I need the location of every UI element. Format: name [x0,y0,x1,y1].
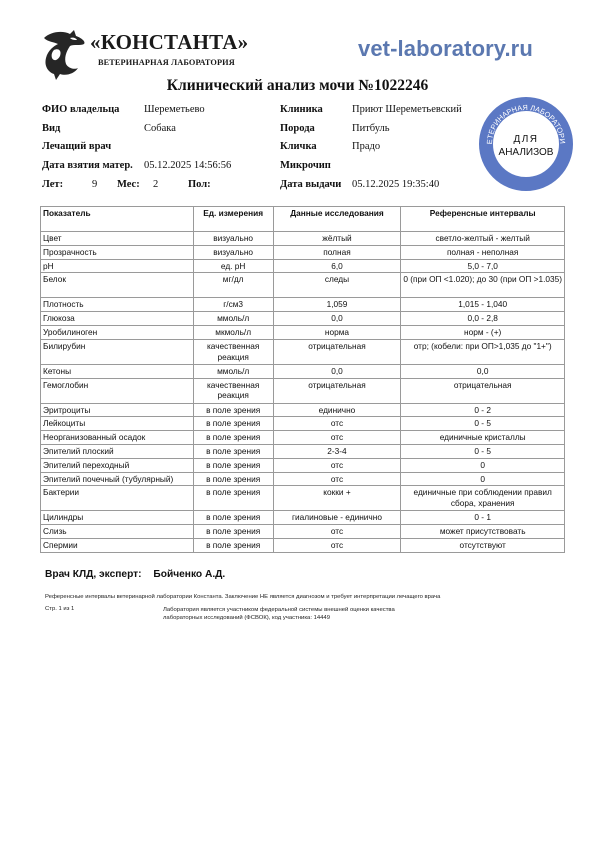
brand-name: «КОНСТАНТА» [90,30,248,55]
svg-text:ДЛЯ: ДЛЯ [513,134,538,145]
table-row: Бактериив поле зрениякокки +единичные пр… [41,486,565,511]
parameter-cell: Плотность [41,298,194,312]
header-parameter: Показатель [41,207,194,232]
unit-cell: в поле зрения [193,486,273,511]
unit-cell: в поле зрения [193,417,273,431]
reference-cell: 0 - 5 [401,417,565,431]
reference-cell: полная - неполная [401,245,565,259]
patient-info-right: Клиника Приют Шереметьевский Порода Питб… [280,104,480,194]
fsvok-note: Лаборатория является участником федераль… [163,606,395,622]
reference-cell: 0,0 - 2,8 [401,312,565,326]
clinic-label: Клиника [280,104,323,115]
parameter-cell: Цвет [41,232,194,246]
reference-cell: единичные кристаллы [401,431,565,445]
table-row: Цилиндрыв поле зрениягиалиновые - единич… [41,511,565,525]
table-row: Эпителий почечный (тубулярный)в поле зре… [41,472,565,486]
brand-subtitle: ВЕТЕРИНАРНАЯ ЛАБОРАТОРИЯ [98,58,235,67]
clinic-value: Приют Шереметьевский [352,104,462,115]
unit-cell: в поле зрения [193,511,273,525]
header-unit: Ед. измерения [193,207,273,232]
reference-cell: 0 - 1 [401,511,565,525]
parameter-cell: Билирубин [41,339,194,364]
pet-name-label: Кличка [280,141,317,152]
document-title: Клинический анализ мочи №1022246 [0,77,595,95]
result-cell: полная [273,245,401,259]
breed-value: Питбуль [352,123,390,134]
page-number: Стр. 1 из 1 [45,606,74,612]
reference-cell: отр; (кобели: при ОП>1,035 до "1+") [401,339,565,364]
unit-cell: в поле зрения [193,525,273,539]
pet-name-value: Прадо [352,141,380,152]
unit-cell: в поле зрения [193,538,273,552]
unit-cell: в поле зрения [193,472,273,486]
years-value: 9 [92,179,97,190]
table-row: Эпителий плоскийв поле зрения2-3-40 - 5 [41,444,565,458]
website-link[interactable]: vet-laboratory.ru [358,36,533,62]
table-row: Уробилиногенмкмоль/лнорманорм - (+) [41,325,565,339]
result-cell: отс [273,538,401,552]
reference-cell: 0 - 5 [401,444,565,458]
parameter-cell: Цилиндры [41,511,194,525]
chip-label: Микрочип [280,160,331,171]
orca-icon [40,28,86,82]
table-row: Лейкоцитыв поле зренияотс0 - 5 [41,417,565,431]
reference-cell: 0 (при ОП <1.020); до 30 (при ОП >1.035) [401,273,565,298]
unit-cell: мкмоль/л [193,325,273,339]
table-row: Белокмг/длследы0 (при ОП <1.020); до 30 … [41,273,565,298]
unit-cell: визуально [193,245,273,259]
months-value: 2 [153,179,158,190]
reference-cell: 5,0 - 7,0 [401,259,565,273]
table-row: Неорганизованный осадокв поле зренияотсе… [41,431,565,445]
result-cell: 6,0 [273,259,401,273]
table-row: pHед. pH6,05,0 - 7,0 [41,259,565,273]
owner-label: ФИО владельца [42,104,119,115]
result-cell: отрицательная [273,378,401,403]
result-cell: 0,0 [273,364,401,378]
parameter-cell: Эпителий плоский [41,444,194,458]
table-row: Слизьв поле зренияотсможет присутствоват… [41,525,565,539]
table-row: Билирубинкачественная реакцияотрицательн… [41,339,565,364]
unit-cell: в поле зрения [193,444,273,458]
issue-date-value: 05.12.2025 19:35:40 [352,179,439,190]
patient-info-left: ФИО владельца Шереметьево Вид Собака Леч… [42,104,272,194]
lab-stamp: ВЕТЕРИНАРНАЯ ЛАБОРАТОРИЯ КОНСТАНТА ДЛЯ А… [478,96,574,192]
reference-cell: 0 - 2 [401,403,565,417]
table-row: Эритроцитыв поле зренияединично0 - 2 [41,403,565,417]
fsvok-line-2: лабораторных исследований (ФСВОК), код у… [163,614,395,622]
parameter-cell: Бактерии [41,486,194,511]
table-row: Цветвизуальножёлтыйсветло-желтый - желты… [41,232,565,246]
table-header-row: Показатель Ед. измерения Данные исследов… [41,207,565,232]
result-cell: норма [273,325,401,339]
species-label: Вид [42,123,60,134]
parameter-cell: Глюкоза [41,312,194,326]
result-cell: отрицательная [273,339,401,364]
signer-name: Бойченко А.Д. [153,569,225,580]
fsvok-line-1: Лаборатория является участником федераль… [163,606,395,614]
unit-cell: мг/дл [193,273,273,298]
reference-cell: отрицательная [401,378,565,403]
table-row: Прозрачностьвизуальнополнаяполная - непо… [41,245,565,259]
result-cell: следы [273,273,401,298]
reference-cell: может присутствовать [401,525,565,539]
breed-label: Порода [280,123,315,134]
sex-label: Пол: [188,179,211,190]
parameter-cell: Эпителий почечный (тубулярный) [41,472,194,486]
owner-value: Шереметьево [144,104,205,115]
parameter-cell: Слизь [41,525,194,539]
unit-cell: в поле зрения [193,431,273,445]
table-row: Плотностьг/см31,0591,015 - 1,040 [41,298,565,312]
parameter-cell: Гемоглобин [41,378,194,403]
svg-text:АНАЛИЗОВ: АНАЛИЗОВ [499,147,554,158]
reference-cell: 0 [401,458,565,472]
results-table: Показатель Ед. измерения Данные исследов… [40,206,565,553]
parameter-cell: Белок [41,273,194,298]
unit-cell: ммоль/л [193,312,273,326]
disclaimer: Референсные интервалы ветеринарной лабор… [45,594,440,600]
months-label: Мес: [117,179,140,190]
reference-cell: 0 [401,472,565,486]
parameter-cell: pH [41,259,194,273]
reference-cell: единичные при соблюдении правил сбора, х… [401,486,565,511]
result-cell: 2-3-4 [273,444,401,458]
header-reference: Референсные интервалы [401,207,565,232]
parameter-cell: Прозрачность [41,245,194,259]
parameter-cell: Неорганизованный осадок [41,431,194,445]
parameter-cell: Эпителий переходный [41,458,194,472]
reference-cell: 0,0 [401,364,565,378]
result-cell: жёлтый [273,232,401,246]
parameter-cell: Уробилиноген [41,325,194,339]
parameter-cell: Лейкоциты [41,417,194,431]
reference-cell: светло-желтый - желтый [401,232,565,246]
table-row: Эпителий переходныйв поле зренияотс0 [41,458,565,472]
reference-cell: норм - (+) [401,325,565,339]
header-result: Данные исследования [273,207,401,232]
unit-cell: ед. pH [193,259,273,273]
parameter-cell: Эритроциты [41,403,194,417]
table-row: Спермиив поле зренияотсотсутствуют [41,538,565,552]
result-cell: 1,059 [273,298,401,312]
reference-cell: 1,015 - 1,040 [401,298,565,312]
table-row: Кетоныммоль/л0,00,0 [41,364,565,378]
table-row: Глюкозаммоль/л0,00,0 - 2,8 [41,312,565,326]
signer-role: Врач КЛД, эксперт: [45,569,142,580]
years-label: Лет: [42,179,63,190]
result-cell: единично [273,403,401,417]
unit-cell: в поле зрения [193,403,273,417]
issue-date-label: Дата выдачи [280,179,341,190]
unit-cell: ммоль/л [193,364,273,378]
result-cell: отс [273,458,401,472]
parameter-cell: Спермии [41,538,194,552]
unit-cell: г/см3 [193,298,273,312]
reference-cell: отсутствуют [401,538,565,552]
result-cell: отс [273,525,401,539]
table-row: Гемоглобинкачественная реакцияотрицатель… [41,378,565,403]
result-cell: отс [273,431,401,445]
species-value: Собака [144,123,176,134]
doctor-label: Лечащий врач [42,141,111,152]
unit-cell: качественная реакция [193,378,273,403]
unit-cell: в поле зрения [193,458,273,472]
result-cell: гиалиновые - единично [273,511,401,525]
sample-date-label: Дата взятия матер. [42,160,133,171]
result-cell: кокки + [273,486,401,511]
unit-cell: визуально [193,232,273,246]
signer: Врач КЛД, эксперт: Бойченко А.Д. [45,569,225,580]
sample-date-value: 05.12.2025 14:56:56 [144,160,231,171]
result-cell: 0,0 [273,312,401,326]
result-cell: отс [273,417,401,431]
result-cell: отс [273,472,401,486]
parameter-cell: Кетоны [41,364,194,378]
unit-cell: качественная реакция [193,339,273,364]
